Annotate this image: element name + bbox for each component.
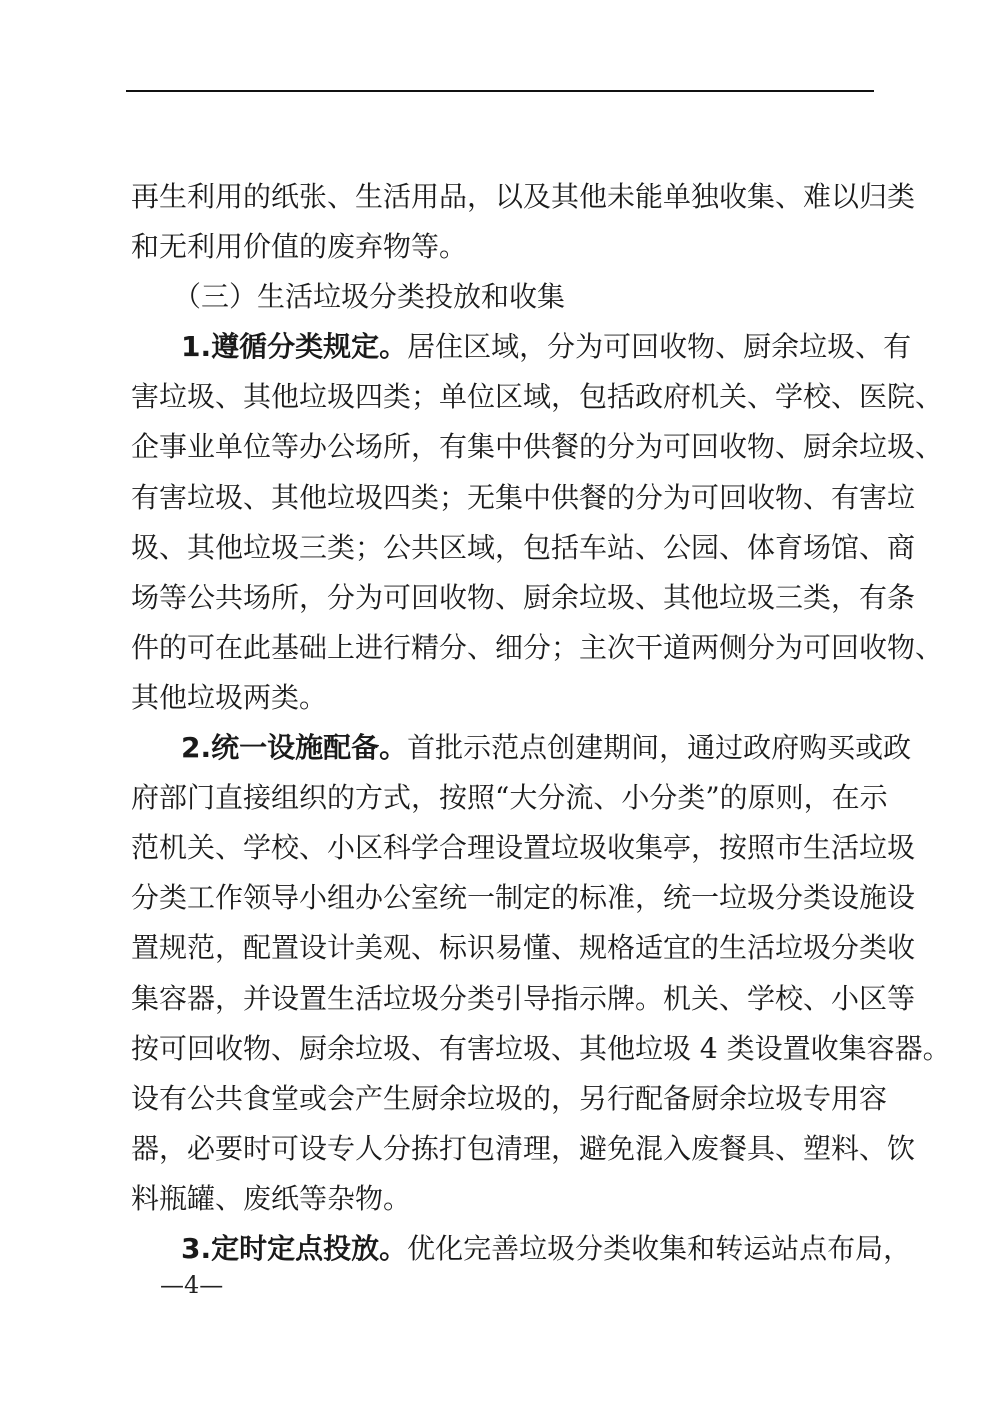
item-lead-title: 1.遵循分类规定。 (181, 330, 407, 363)
paragraph-line: 集容器，并设置生活垃圾分类引导指示牌。机关、学校、小区等 (131, 974, 871, 1024)
paragraph-line: 件的可在此基础上进行精分、细分；主次干道两侧分为可回收物、 (131, 623, 871, 673)
paragraph-line: 设有公共食堂或会产生厨余垃圾的，另行配备厨余垃圾专用容 (131, 1074, 871, 1124)
paragraph-line: 场等公共场所，分为可回收物、厨余垃圾、其他垃圾三类，有条 (131, 573, 871, 623)
paragraph-line: 府部门直接组织的方式，按照“大分流、小分类”的原则，在示 (131, 773, 871, 823)
item-lead-title: 3.定时定点投放。 (181, 1232, 407, 1265)
paragraph-line: 再生利用的纸张、生活用品，以及其他未能单独收集、难以归类 (131, 172, 871, 222)
item-text: 居住区域，分为可回收物、厨余垃圾、有 (407, 330, 911, 363)
paragraph-line: 有害垃圾、其他垃圾四类；无集中供餐的分为可回收物、有害垃 (131, 473, 871, 523)
paragraph-line: 害垃圾、其他垃圾四类；单位区域，包括政府机关、学校、医院、 (131, 372, 871, 422)
paragraph-line: 置规范，配置设计美观、标识易懂、规格适宜的生活垃圾分类收 (131, 923, 871, 973)
paragraph-line: 范机关、学校、小区科学合理设置垃圾收集亭，按照市生活垃圾 (131, 823, 871, 873)
item-lead-title: 2.统一设施配备。 (181, 731, 407, 764)
header-rule (126, 90, 874, 92)
paragraph-line: 器，必要时可设专人分拣打包清理，避免混入废餐具、塑料、饮 (131, 1124, 871, 1174)
page-number: —4— (160, 1268, 223, 1302)
item-text: 优化完善垃圾分类收集和转运站点布局， (407, 1232, 911, 1265)
document-body: 再生利用的纸张、生活用品，以及其他未能单独收集、难以归类 和无利用价值的废弃物等… (131, 172, 871, 1274)
paragraph-line: 1.遵循分类规定。居住区域，分为可回收物、厨余垃圾、有 (131, 322, 871, 372)
paragraph-line: 料瓶罐、废纸等杂物。 (131, 1174, 871, 1224)
item-text: 首批示范点创建期间，通过政府购买或政 (407, 731, 911, 764)
paragraph-line: 分类工作领导小组办公室统一制定的标准，统一垃圾分类设施设 (131, 873, 871, 923)
paragraph-line: 按可回收物、厨余垃圾、有害垃圾、其他垃圾 4 类设置收集容器。 (131, 1024, 871, 1074)
section-heading: （三）生活垃圾分类投放和收集 (131, 272, 871, 322)
paragraph-line: 圾、其他垃圾三类；公共区域，包括车站、公园、体育场馆、商 (131, 523, 871, 573)
paragraph-line: 和无利用价值的废弃物等。 (131, 222, 871, 272)
paragraph-line: 企事业单位等办公场所，有集中供餐的分为可回收物、厨余垃圾、 (131, 422, 871, 472)
paragraph-line: 2.统一设施配备。首批示范点创建期间，通过政府购买或政 (131, 723, 871, 773)
paragraph-line: 3.定时定点投放。优化完善垃圾分类收集和转运站点布局， (131, 1224, 871, 1274)
paragraph-line: 其他垃圾两类。 (131, 673, 871, 723)
